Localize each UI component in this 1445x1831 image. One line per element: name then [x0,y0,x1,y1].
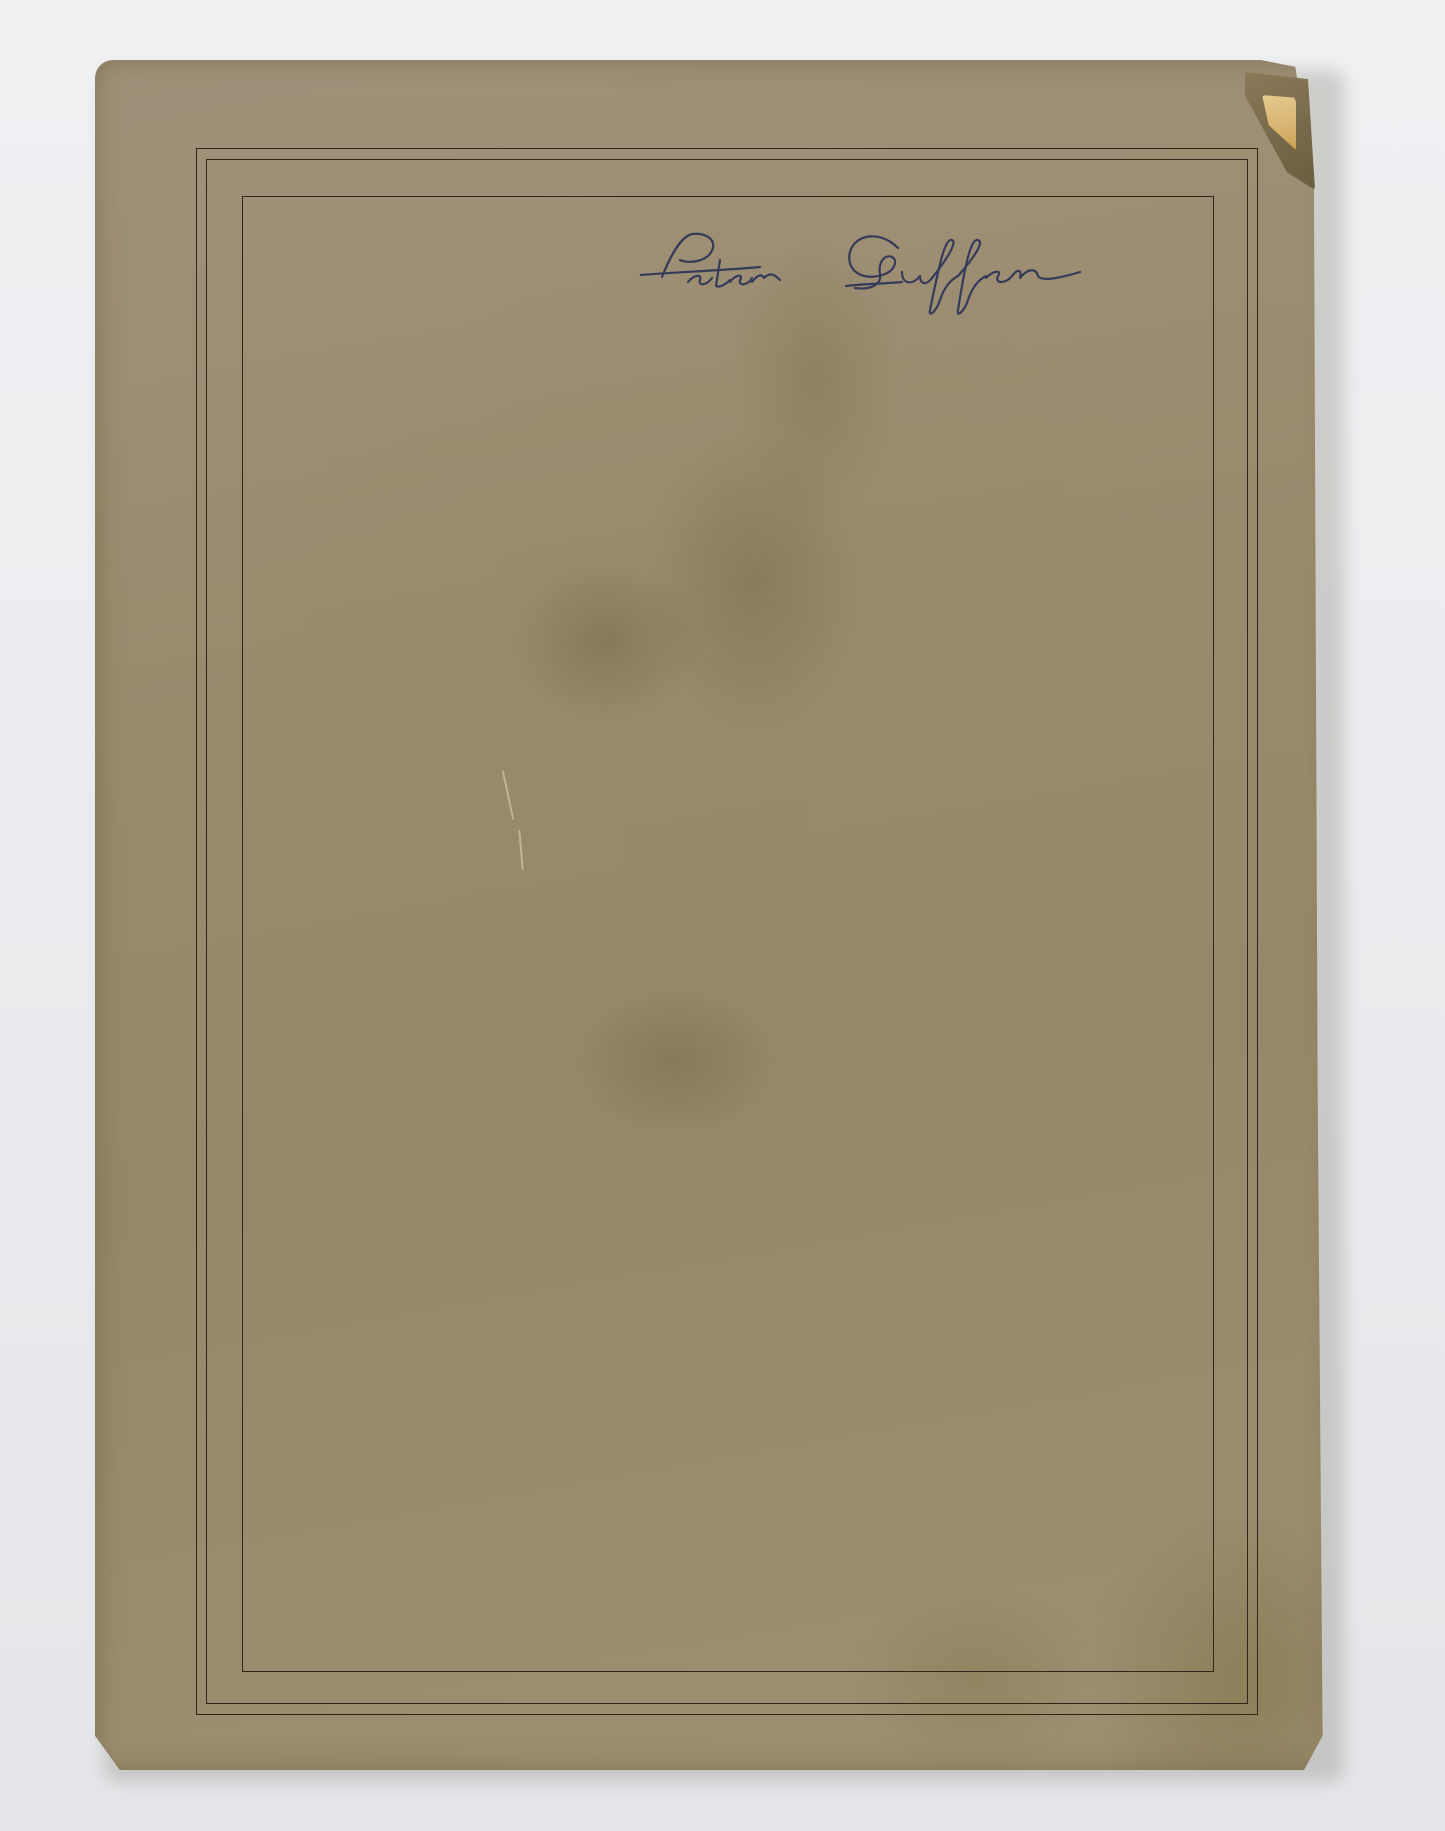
signature-ink-icon [640,212,1090,322]
frame-inner-rule [242,196,1214,1672]
handwritten-signature: Peter Guffen [640,212,1090,322]
